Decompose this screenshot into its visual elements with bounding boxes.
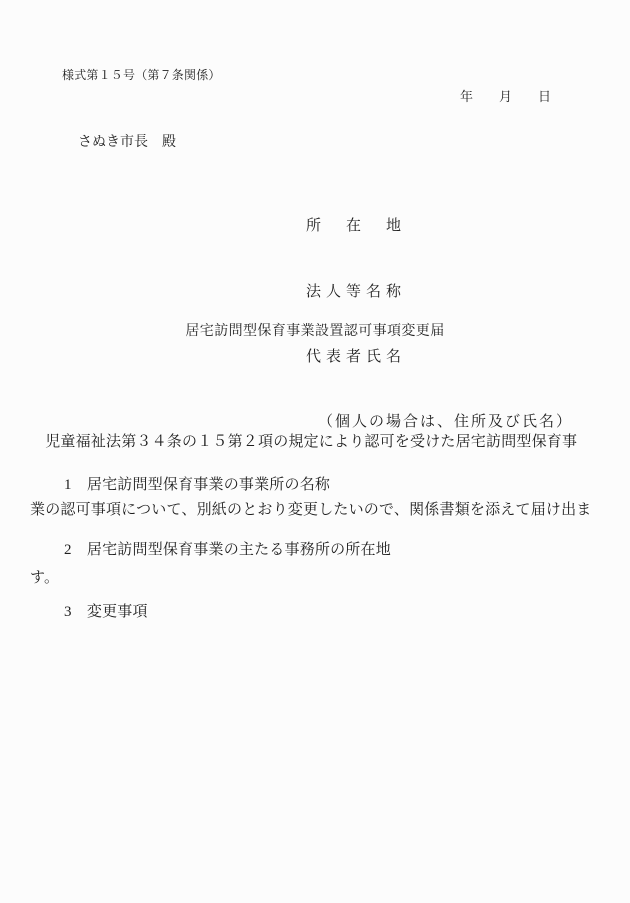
sender-representative-name-label: 代表者氏名 (306, 347, 573, 369)
document-page: 様式第１５号（第７条関係） 年 月 日 さぬき市長 殿 所 在 地 法人等名称 … (0, 0, 630, 903)
list-item: 2 居宅訪問型保育事業の主たる事務所の所在地 (64, 538, 391, 559)
body-paragraph: 児童福祉法第３４条の１５第２項の規定により認可を受けた居宅訪問型保育事 業の認可… (30, 386, 615, 635)
body-paragraph-line: す。 (30, 567, 615, 590)
list-item-number: 2 (64, 542, 72, 558)
addressee: さぬき市長 殿 (78, 131, 176, 151)
sender-corporation-name-label: 法人等名称 (306, 282, 573, 304)
list-item: 3 変更事項 (64, 600, 148, 621)
list-item: 1 居宅訪問型保育事業の事業所の名称 (64, 473, 330, 494)
list-item-number: 3 (64, 604, 72, 620)
form-number: 様式第１５号（第７条関係） (62, 66, 221, 83)
list-item-number: 1 (64, 477, 72, 493)
date-line: 年 月 日 (460, 86, 551, 105)
body-paragraph-line: 業の認可事項について、別紙のとおり変更したいので、関係書類を添えて届け出ま (30, 499, 615, 522)
body-paragraph-line: 児童福祉法第３４条の１５第２項の規定により認可を受けた居宅訪問型保育事 (30, 431, 615, 454)
list-item-label: 変更事項 (87, 604, 148, 620)
sender-address-label: 所 在 地 (306, 216, 573, 238)
document-title: 居宅訪問型保育事業設置認可事項変更届 (0, 320, 630, 340)
list-item-label: 居宅訪問型保育事業の事業所の名称 (87, 477, 330, 493)
list-item-label: 居宅訪問型保育事業の主たる事務所の所在地 (87, 542, 391, 558)
